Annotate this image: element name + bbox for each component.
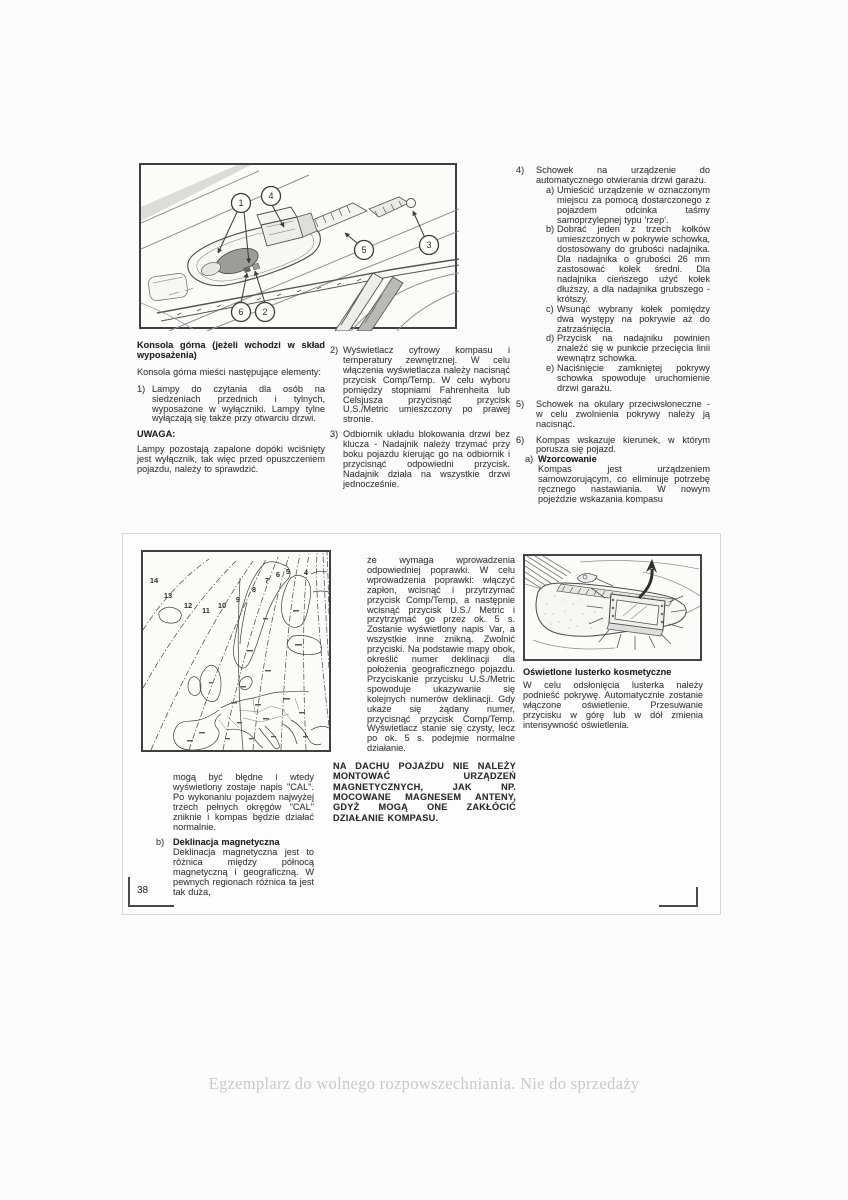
zone-number-10: 10 — [218, 601, 226, 610]
sub-item-b: b) Dobrać jeden z trzech kołków umieszcz… — [546, 225, 710, 304]
distribution-watermark: Egzemplarz do wolnego rozpowszechniania.… — [0, 1074, 848, 1094]
zone-number-7: 7 — [265, 576, 269, 585]
sub-text: Naciśnięcie zamkniętej pokrywy schowka s… — [557, 364, 710, 394]
item-number: 6) — [516, 436, 536, 456]
callout-6: 6 — [238, 307, 243, 317]
callout-3: 3 — [426, 240, 431, 250]
top-column-1: Konsola górna (jeżeli wchodzi w skład wy… — [137, 341, 325, 475]
list-item-3: 3) Odbiornik układu blokowania drzwi bez… — [330, 430, 510, 489]
item-b-deklinacja: b) Deklinacja magnetyczna Deklinacja mag… — [156, 838, 314, 897]
sub-item-a: a) Umieścić urządzenie w oznaczonym miej… — [546, 186, 710, 226]
zone-number-13: 13 — [164, 591, 172, 600]
callout-2: 2 — [262, 307, 267, 317]
item-number: 4) — [516, 166, 536, 186]
zone-number-9: 9 — [236, 595, 240, 604]
item-text: Kompas wskazuje kierunek, w którym porus… — [536, 436, 710, 456]
callout-4: 4 — [268, 191, 273, 201]
overhead-console-illustration: 1 4 3 5 6 2 — [141, 165, 459, 331]
italy — [259, 726, 279, 749]
crop-mark-bottom-left-horizontal — [128, 905, 174, 907]
bottom-column-2: że wymaga wprowadzenia odpowiedniej popr… — [333, 556, 516, 823]
mirror-text: W celu odsłonięcia lusterka należy podni… — [523, 681, 703, 731]
item-number: 1) — [137, 385, 152, 425]
mirror-heading: Oświetlone lusterko kosmetyczne — [523, 668, 703, 678]
sub-item-c: c) Wsunąć wybrany kołek pomiędzy dwa wys… — [546, 305, 710, 335]
item-text: Schowek na okulary przeciwsłoneczne - w … — [536, 400, 710, 430]
konsola-intro: Konsola górna mieści następujące element… — [137, 368, 325, 378]
item-number: 2) — [330, 346, 343, 425]
deklinacja-heading: Deklinacja magnetyczna — [173, 837, 280, 847]
item-text: Schowek na urządzenie do automatycznego … — [536, 166, 710, 186]
item-text: Wyświetlacz cyfrowy kompasu i temperatur… — [343, 346, 510, 425]
sub-item-e: e) Naciśnięcie zamkniętej pokrywy schowk… — [546, 364, 710, 394]
sub-number: a) — [525, 455, 538, 505]
sub-item-6a: a) Wzorcowanie Kompas jest urządzeniem s… — [525, 455, 710, 505]
callout-5: 5 — [361, 245, 366, 255]
roof-edge-band — [141, 165, 251, 221]
sub-heading-wzorcowanie: Wzorcowanie — [538, 454, 597, 464]
top-column-3: 4) Schowek na urządzenie do automatyczne… — [516, 166, 710, 505]
sub-text: Kompas jest urządzeniem samowzorującym, … — [538, 465, 710, 505]
zone-number-6: 6 — [276, 570, 280, 579]
sub-text: Umieścić urządzenie w oznaczonym miejscu… — [557, 186, 710, 226]
isogonic-lines — [143, 552, 329, 750]
note-text: Lampy pozostają zapalone dopóki wciśnięt… — [137, 445, 325, 475]
bottom-column-3: Oświetlone lusterko kosmetyczne W celu o… — [523, 554, 703, 730]
item-letter: b) — [156, 838, 173, 897]
zone-number-12: 12 — [184, 601, 192, 610]
zone-number-5: 5 — [286, 567, 290, 576]
list-item-4: 4) Schowek na urządzenie do automatyczne… — [516, 166, 710, 186]
item-number: 3) — [330, 430, 343, 489]
country-label-marks — [187, 610, 308, 741]
bottom-column-1: mogą być błędne i wtedy wyświetlony zost… — [156, 773, 314, 898]
note-title: UWAGA: — [137, 430, 325, 440]
ireland — [188, 677, 201, 696]
vanity-mirror-illustration — [525, 556, 700, 659]
sub-number: d) — [546, 334, 557, 364]
headrest-hint — [141, 272, 193, 329]
denmark — [240, 676, 253, 689]
bottom-page: 14 13 12 11 10 9 8 7 6 5 4 mogą być błęd… — [122, 533, 721, 915]
section-heading-konsola: Konsola górna (jeżeli wchodzi w skład wy… — [137, 341, 325, 361]
console-unit — [188, 207, 321, 286]
list-item-5: 5) Schowek na okulary przeciwsłoneczne -… — [516, 400, 710, 430]
vanity-mirror — [607, 594, 665, 636]
balkans — [283, 720, 321, 745]
zone-number-4: 4 — [304, 568, 309, 577]
magnetic-warning-text: NA DACHU POJAZDU NIE NALEŻY MONTOWAĆ URZ… — [333, 761, 516, 823]
list-item-2: 2) Wyświetlacz cyfrowy kompasu i tempera… — [330, 346, 510, 425]
iberia — [174, 710, 221, 750]
item-text: Odbiornik układu blokowania drzwi bez kl… — [343, 430, 510, 489]
keyless-receiver-dot — [407, 199, 416, 208]
vanity-mirror-figure — [523, 554, 702, 661]
item-text: Lampy do czytania dla osób na siedzeniac… — [152, 385, 325, 425]
sub-number: a) — [546, 186, 557, 226]
crop-mark-bottom-right-horizontal — [659, 905, 698, 907]
sub-number: b) — [546, 225, 557, 304]
scanned-manual-page: { "top": { "figure": { "callouts": ["1",… — [0, 0, 848, 1200]
crop-mark-bottom-left-vertical — [128, 877, 130, 907]
pillar-bands — [335, 273, 403, 331]
scandinavia — [233, 562, 290, 668]
top-column-2: 2) Wyświetlacz cyfrowy kompasu i tempera… — [330, 346, 510, 490]
page-number: 38 — [137, 885, 148, 896]
sub-number: e) — [546, 364, 557, 394]
crop-mark-bottom-right-vertical — [696, 887, 698, 907]
zone-number-14: 14 — [150, 576, 159, 585]
sub-text: Wsunąć wybrany kołek pomiędzy dwa występ… — [557, 305, 710, 335]
sub-text: Przycisk na nadajniku powinien znaleźć s… — [557, 334, 710, 364]
zone-number-11: 11 — [202, 606, 210, 615]
sub-item-d: d) Przycisk na nadajniku powinien znaleź… — [546, 334, 710, 364]
declination-map-figure: 14 13 12 11 10 9 8 7 6 5 4 — [141, 550, 331, 752]
overhead-console-figure: 1 4 3 5 6 2 — [139, 163, 457, 329]
iceland — [159, 607, 181, 623]
europe-declination-map: 14 13 12 11 10 9 8 7 6 5 4 — [143, 552, 329, 750]
callout-1: 1 — [238, 198, 243, 208]
cal-continuation-text: mogą być błędne i wtedy wyświetlony zost… — [173, 773, 314, 832]
zone-number-8: 8 — [252, 585, 256, 594]
finland — [281, 575, 310, 627]
list-item-6: 6) Kompas wskazuje kierunek, w którym po… — [516, 436, 710, 456]
sub-number: c) — [546, 305, 557, 335]
compass-adjustment-text: że wymaga wprowadzenia odpowiedniej popr… — [367, 556, 515, 754]
deklinacja-text: Deklinacja magnetyczna jest to różnica m… — [173, 848, 314, 898]
sub-text: Dobrać jeden z trzech kołków umieszczony… — [557, 225, 710, 304]
item-number: 5) — [516, 400, 536, 430]
list-item-1: 1) Lampy do czytania dla osób na siedzen… — [137, 385, 325, 425]
